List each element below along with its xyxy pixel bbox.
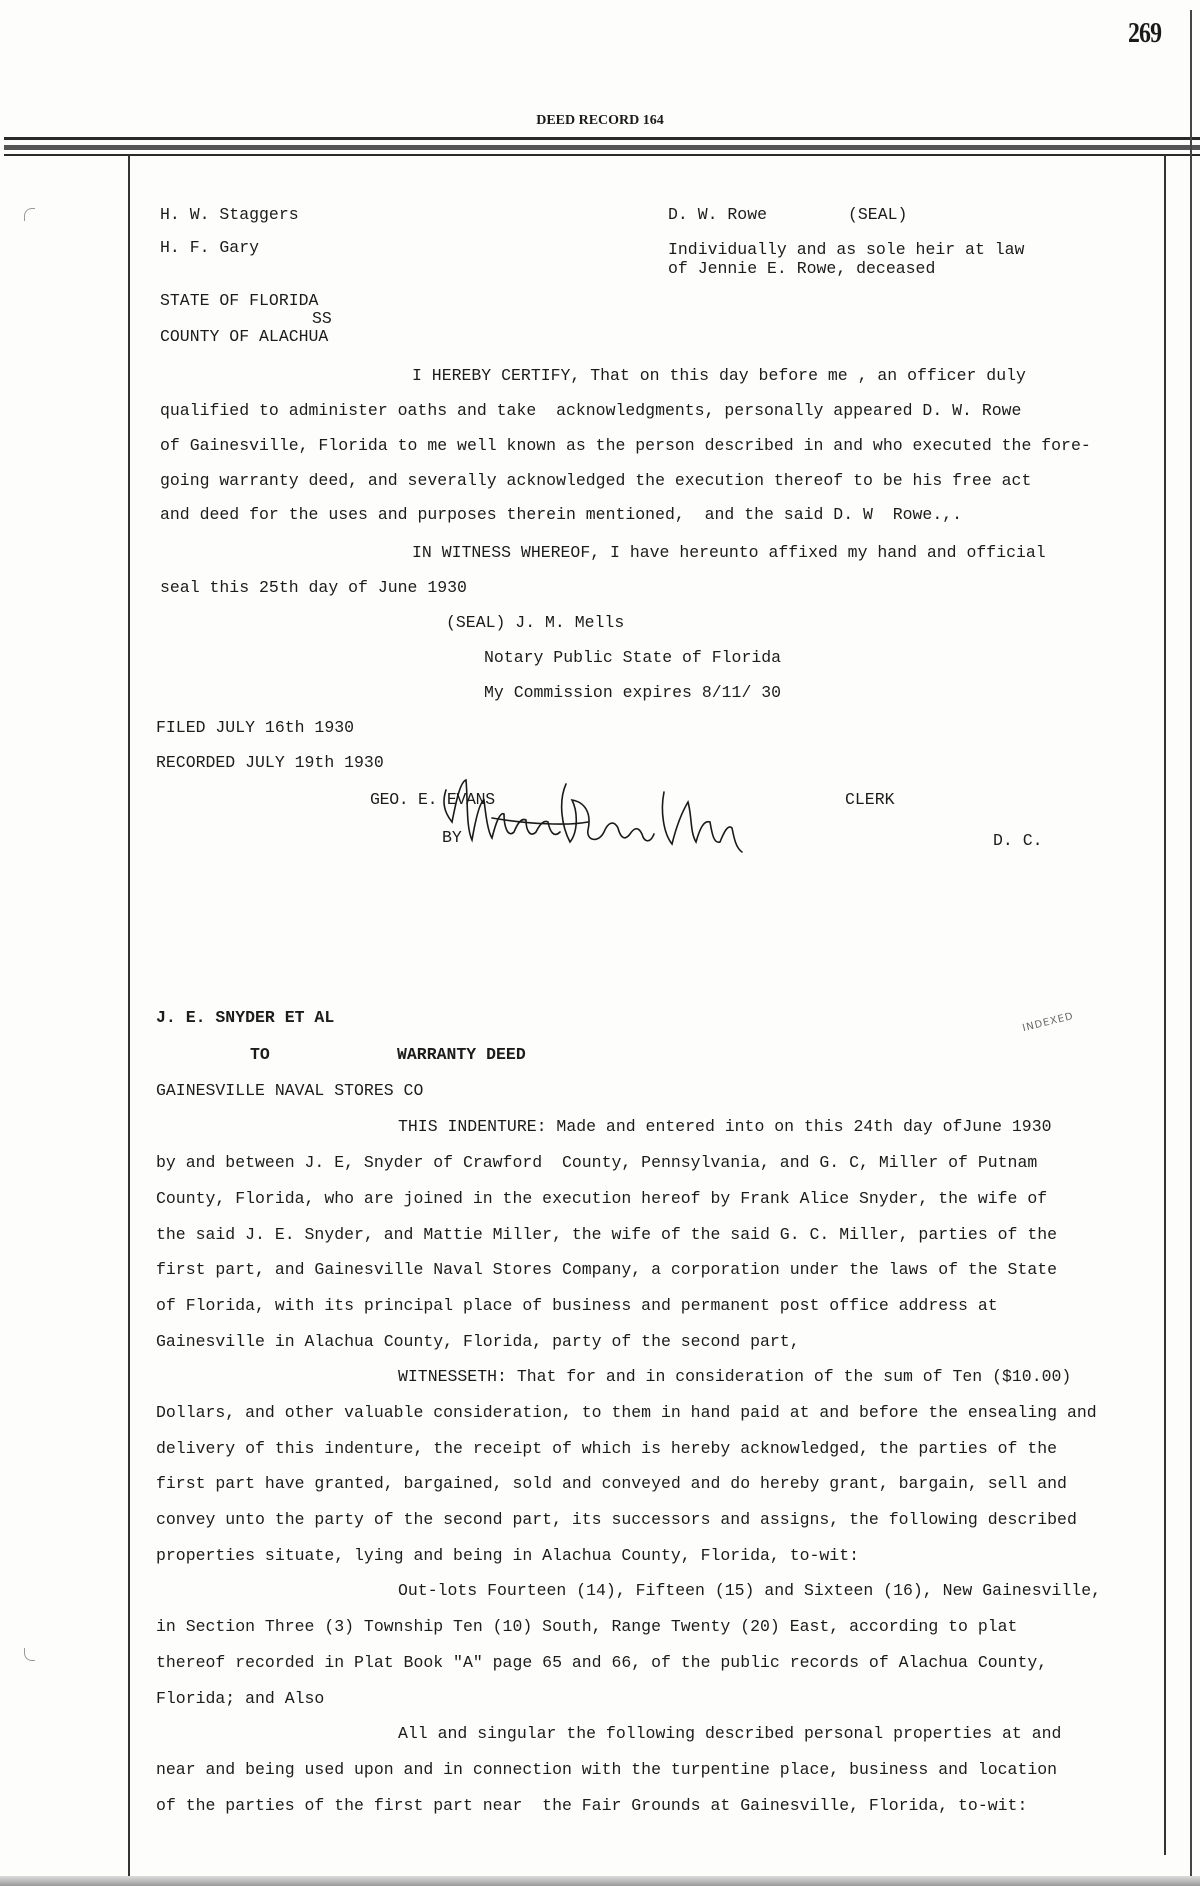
acknowledgment-line: and deed for the uses and purposes there… — [160, 505, 962, 525]
acknowledgment-line: I HEREBY CERTIFY, That on this day befor… — [412, 366, 1026, 386]
deed-line: properties situate, lying and being in A… — [156, 1546, 859, 1566]
venue-ss: SS — [312, 309, 332, 329]
grantee-heading: GAINESVILLE NAVAL STORES CO — [156, 1081, 423, 1101]
filed-date: FILED JULY 16th 1930 — [156, 718, 354, 738]
indexed-stamp: INDEXED — [1021, 1011, 1074, 1034]
deed-line: near and being used upon and in connecti… — [156, 1760, 1057, 1780]
deed-line: WITNESSETH: That for and in consideratio… — [398, 1367, 1071, 1387]
deputy-clerk-signature — [438, 772, 858, 862]
notary-commission: My Commission expires 8/11/ 30 — [484, 683, 781, 703]
deed-line: of Florida, with its principal place of … — [156, 1296, 998, 1316]
witness-name: H. W. Staggers — [160, 205, 299, 225]
acknowledgment-line: of Gainesville, Florida to me well known… — [160, 436, 1091, 456]
grantor-signature: D. W. Rowe — [668, 205, 767, 225]
grantor-heading: J. E. SNYDER ET AL — [156, 1008, 334, 1028]
venue-county: COUNTY OF ALACHUA — [160, 327, 328, 347]
seal-label: (SEAL) — [848, 205, 907, 225]
page-edge — [1190, 10, 1192, 1886]
deed-line: convey unto the party of the second part… — [156, 1510, 1077, 1530]
deed-line: THIS INDENTURE: Made and entered into on… — [398, 1117, 1052, 1137]
recorded-date: RECORDED JULY 19th 1930 — [156, 753, 384, 773]
right-margin-line — [1164, 155, 1166, 1855]
witness-whereof: seal this 25th day of June 1930 — [160, 578, 467, 598]
venue-state: STATE OF FLORIDA — [160, 291, 318, 311]
deed-line: the said J. E. Snyder, and Mattie Miller… — [156, 1225, 1057, 1245]
deed-line: in Section Three (3) Township Ten (10) S… — [156, 1617, 1017, 1637]
page-number: 269 — [1128, 18, 1161, 50]
binding-hole-mark — [24, 208, 35, 221]
page-bottom-edge — [0, 1876, 1200, 1886]
witness-name: H. F. Gary — [160, 238, 259, 258]
left-margin-line — [128, 155, 130, 1885]
deed-line: first part have granted, bargained, sold… — [156, 1474, 1067, 1494]
notary-name: (SEAL) J. M. Mells — [446, 613, 624, 633]
acknowledgment-line: qualified to administer oaths and take a… — [160, 401, 1021, 421]
deed-line: thereof recorded in Plat Book "A" page 6… — [156, 1653, 1047, 1673]
header-rule — [4, 145, 1200, 150]
deed-line: delivery of this indenture, the receipt … — [156, 1439, 1057, 1459]
deed-line: County, Florida, who are joined in the e… — [156, 1189, 1047, 1209]
record-header: DEED RECORD 164 — [0, 113, 1200, 129]
deed-line: first part, and Gainesville Naval Stores… — [156, 1260, 1057, 1280]
header-rule — [4, 137, 1200, 140]
grantor-capacity: Individually and as sole heir at law — [668, 240, 1024, 260]
deed-line: Gainesville in Alachua County, Florida, … — [156, 1332, 800, 1352]
deed-line: Florida; and Also — [156, 1689, 324, 1709]
to-label: TO — [250, 1045, 270, 1065]
acknowledgment-line: going warranty deed, and severally ackno… — [160, 471, 1031, 491]
deed-line: All and singular the following described… — [398, 1724, 1061, 1744]
deed-line: Out-lots Fourteen (14), Fifteen (15) and… — [398, 1581, 1101, 1601]
deed-line: Dollars, and other valuable consideratio… — [156, 1403, 1097, 1423]
header-rule — [4, 154, 1200, 156]
deputy-clerk-title: D. C. — [993, 831, 1043, 851]
witness-whereof: IN WITNESS WHEREOF, I have hereunto affi… — [412, 543, 1046, 563]
deed-line: by and between J. E, Snyder of Crawford … — [156, 1153, 1037, 1173]
notary-title: Notary Public State of Florida — [484, 648, 781, 668]
grantor-capacity: of Jennie E. Rowe, deceased — [668, 259, 935, 279]
binding-hole-mark — [24, 1648, 35, 1661]
deed-line: of the parties of the first part near th… — [156, 1796, 1027, 1816]
instrument-type: WARRANTY DEED — [397, 1045, 526, 1065]
